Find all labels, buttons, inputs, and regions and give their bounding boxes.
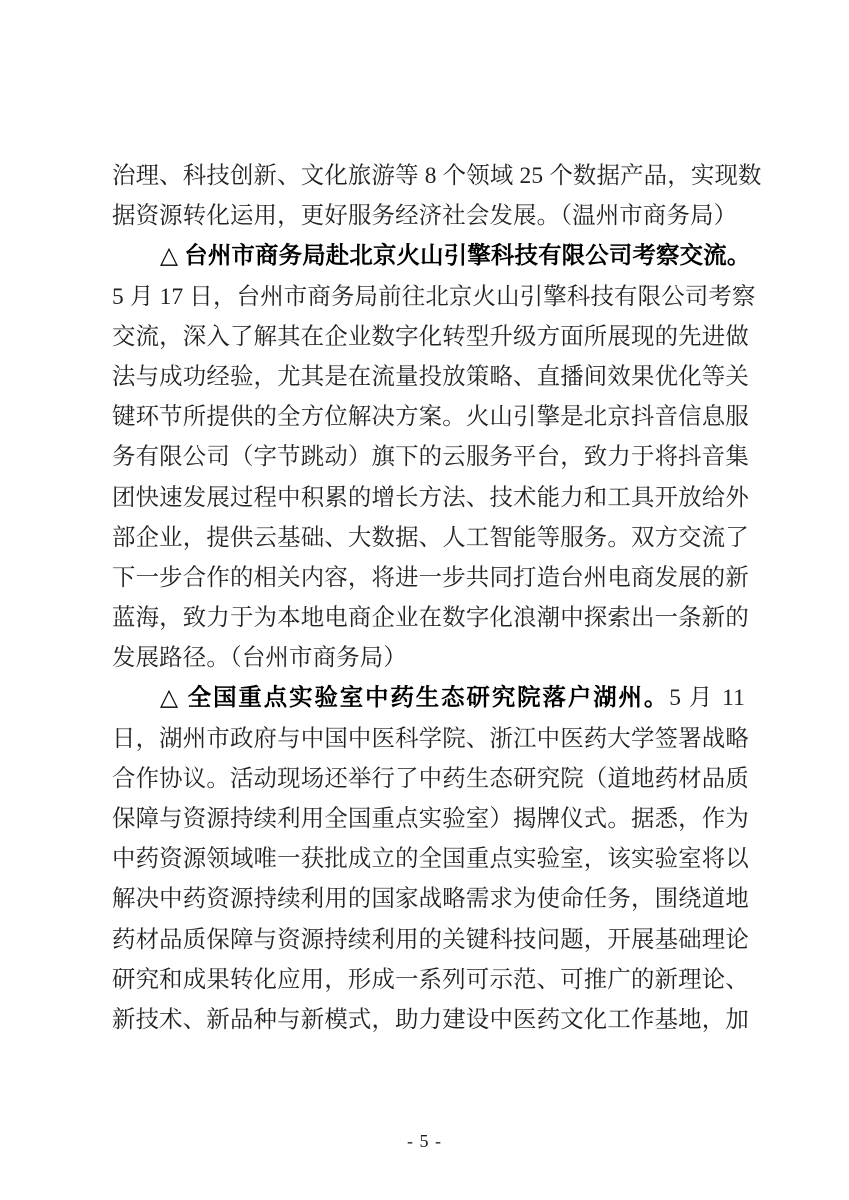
body-text: 部企业，提供云基础、大数据、人工智能等服务。双方交流了 [112, 525, 749, 551]
text-line: 5 月 17 日，台州市商务局前往北京火山引擎科技有限公司考察 [112, 277, 745, 317]
text-line: 治理、科技创新、文化旅游等 8 个领域 25 个数据产品，实现数 [112, 156, 745, 196]
text-line: 蓝海，致力于为本地电商企业在数字化浪潮中探索出一条新的 [112, 598, 745, 638]
body-text: 团快速发展过程中积累的增长方法、技术能力和工具开放给外 [112, 485, 749, 511]
text-line: 日，湖州市政府与中国中医科学院、浙江中医药大学签署战略 [112, 719, 745, 759]
body-text: 发展路径。（台州市商务局） [112, 645, 407, 671]
body-text: 键环节所提供的全方位解决方案。火山引擎是北京抖音信息服 [112, 404, 749, 430]
body-text: 中药资源领域唯一获批成立的全国重点实验室，该实验室将以 [112, 846, 749, 872]
text-line: 键环节所提供的全方位解决方案。火山引擎是北京抖音信息服 [112, 397, 745, 437]
text-line: 解决中药资源持续利用的国家战略需求为使命任务，围绕道地 [112, 879, 745, 919]
body-text: 5 月 17 日，台州市商务局前往北京火山引擎科技有限公司考察 [112, 284, 756, 310]
document-body: 治理、科技创新、文化旅游等 8 个领域 25 个数据产品，实现数据资源转化运用，… [112, 156, 745, 1040]
text-line: 团快速发展过程中积累的增长方法、技术能力和工具开放给外 [112, 478, 745, 518]
text-line: 务有限公司（字节跳动）旗下的云服务平台，致力于将抖音集 [112, 437, 745, 477]
text-line: 合作协议。活动现场还举行了中药生态研究院（道地药材品质 [112, 759, 745, 799]
text-line: 下一步合作的相关内容，将进一步共同打造台州电商发展的新 [112, 558, 745, 598]
text-line: 部企业，提供云基础、大数据、人工智能等服务。双方交流了 [112, 518, 745, 558]
heading-bold-text: △ 全国重点实验室中药生态研究院落户湖州。 [160, 685, 669, 711]
paragraph-heading-line: △ 全国重点实验室中药生态研究院落户湖州。5 月 11 [112, 678, 745, 718]
heading-bold-text: △ 台州市商务局赴北京火山引擎科技有限公司考察交流。 [160, 243, 750, 269]
text-line: 药材品质保障与资源持续利用的关键科技问题，开展基础理论 [112, 920, 745, 960]
body-text: 5 月 11 [669, 685, 745, 711]
text-line: 据资源转化运用，更好服务经济社会发展。（温州市商务局） [112, 196, 745, 236]
text-line: 保障与资源持续利用全国重点实验室）揭牌仪式。据悉，作为 [112, 799, 745, 839]
text-line: 交流，深入了解其在企业数字化转型升级方面所展现的先进做 [112, 317, 745, 357]
body-text: 蓝海，致力于为本地电商企业在数字化浪潮中探索出一条新的 [112, 605, 749, 631]
text-line: 发展路径。（台州市商务局） [112, 638, 745, 678]
body-text: 治理、科技创新、文化旅游等 8 个领域 25 个数据产品，实现数 [112, 163, 762, 189]
body-text: 新技术、新品种与新模式，助力建设中医药文化工作基地，加 [112, 1007, 749, 1033]
text-line: 中药资源领域唯一获批成立的全国重点实验室，该实验室将以 [112, 839, 745, 879]
page-number: - 5 - [0, 1130, 849, 1152]
body-text: 研究和成果转化应用，形成一系列可示范、可推广的新理论、 [112, 967, 749, 993]
body-text: 据资源转化运用，更好服务经济社会发展。（温州市商务局） [112, 203, 737, 229]
body-text: 解决中药资源持续利用的国家战略需求为使命任务，围绕道地 [112, 886, 749, 912]
body-text: 务有限公司（字节跳动）旗下的云服务平台，致力于将抖音集 [112, 444, 749, 470]
text-line: 研究和成果转化应用，形成一系列可示范、可推广的新理论、 [112, 960, 745, 1000]
body-text: 下一步合作的相关内容，将进一步共同打造台州电商发展的新 [112, 565, 749, 591]
body-text: 药材品质保障与资源持续利用的关键科技问题，开展基础理论 [112, 927, 749, 953]
body-text: 日，湖州市政府与中国中医科学院、浙江中医药大学签署战略 [112, 726, 749, 752]
body-text: 合作协议。活动现场还举行了中药生态研究院（道地药材品质 [112, 766, 749, 792]
body-text: 法与成功经验，尤其是在流量投放策略、直播间效果优化等关 [112, 364, 749, 390]
paragraph-heading-line: △ 台州市商务局赴北京火山引擎科技有限公司考察交流。 [112, 236, 745, 276]
body-text: 交流，深入了解其在企业数字化转型升级方面所展现的先进做 [112, 324, 749, 350]
document-page: 治理、科技创新、文化旅游等 8 个领域 25 个数据产品，实现数据资源转化运用，… [0, 0, 849, 1200]
text-line: 法与成功经验，尤其是在流量投放策略、直播间效果优化等关 [112, 357, 745, 397]
body-text: 保障与资源持续利用全国重点实验室）揭牌仪式。据悉，作为 [112, 806, 749, 832]
text-line: 新技术、新品种与新模式，助力建设中医药文化工作基地，加 [112, 1000, 745, 1040]
